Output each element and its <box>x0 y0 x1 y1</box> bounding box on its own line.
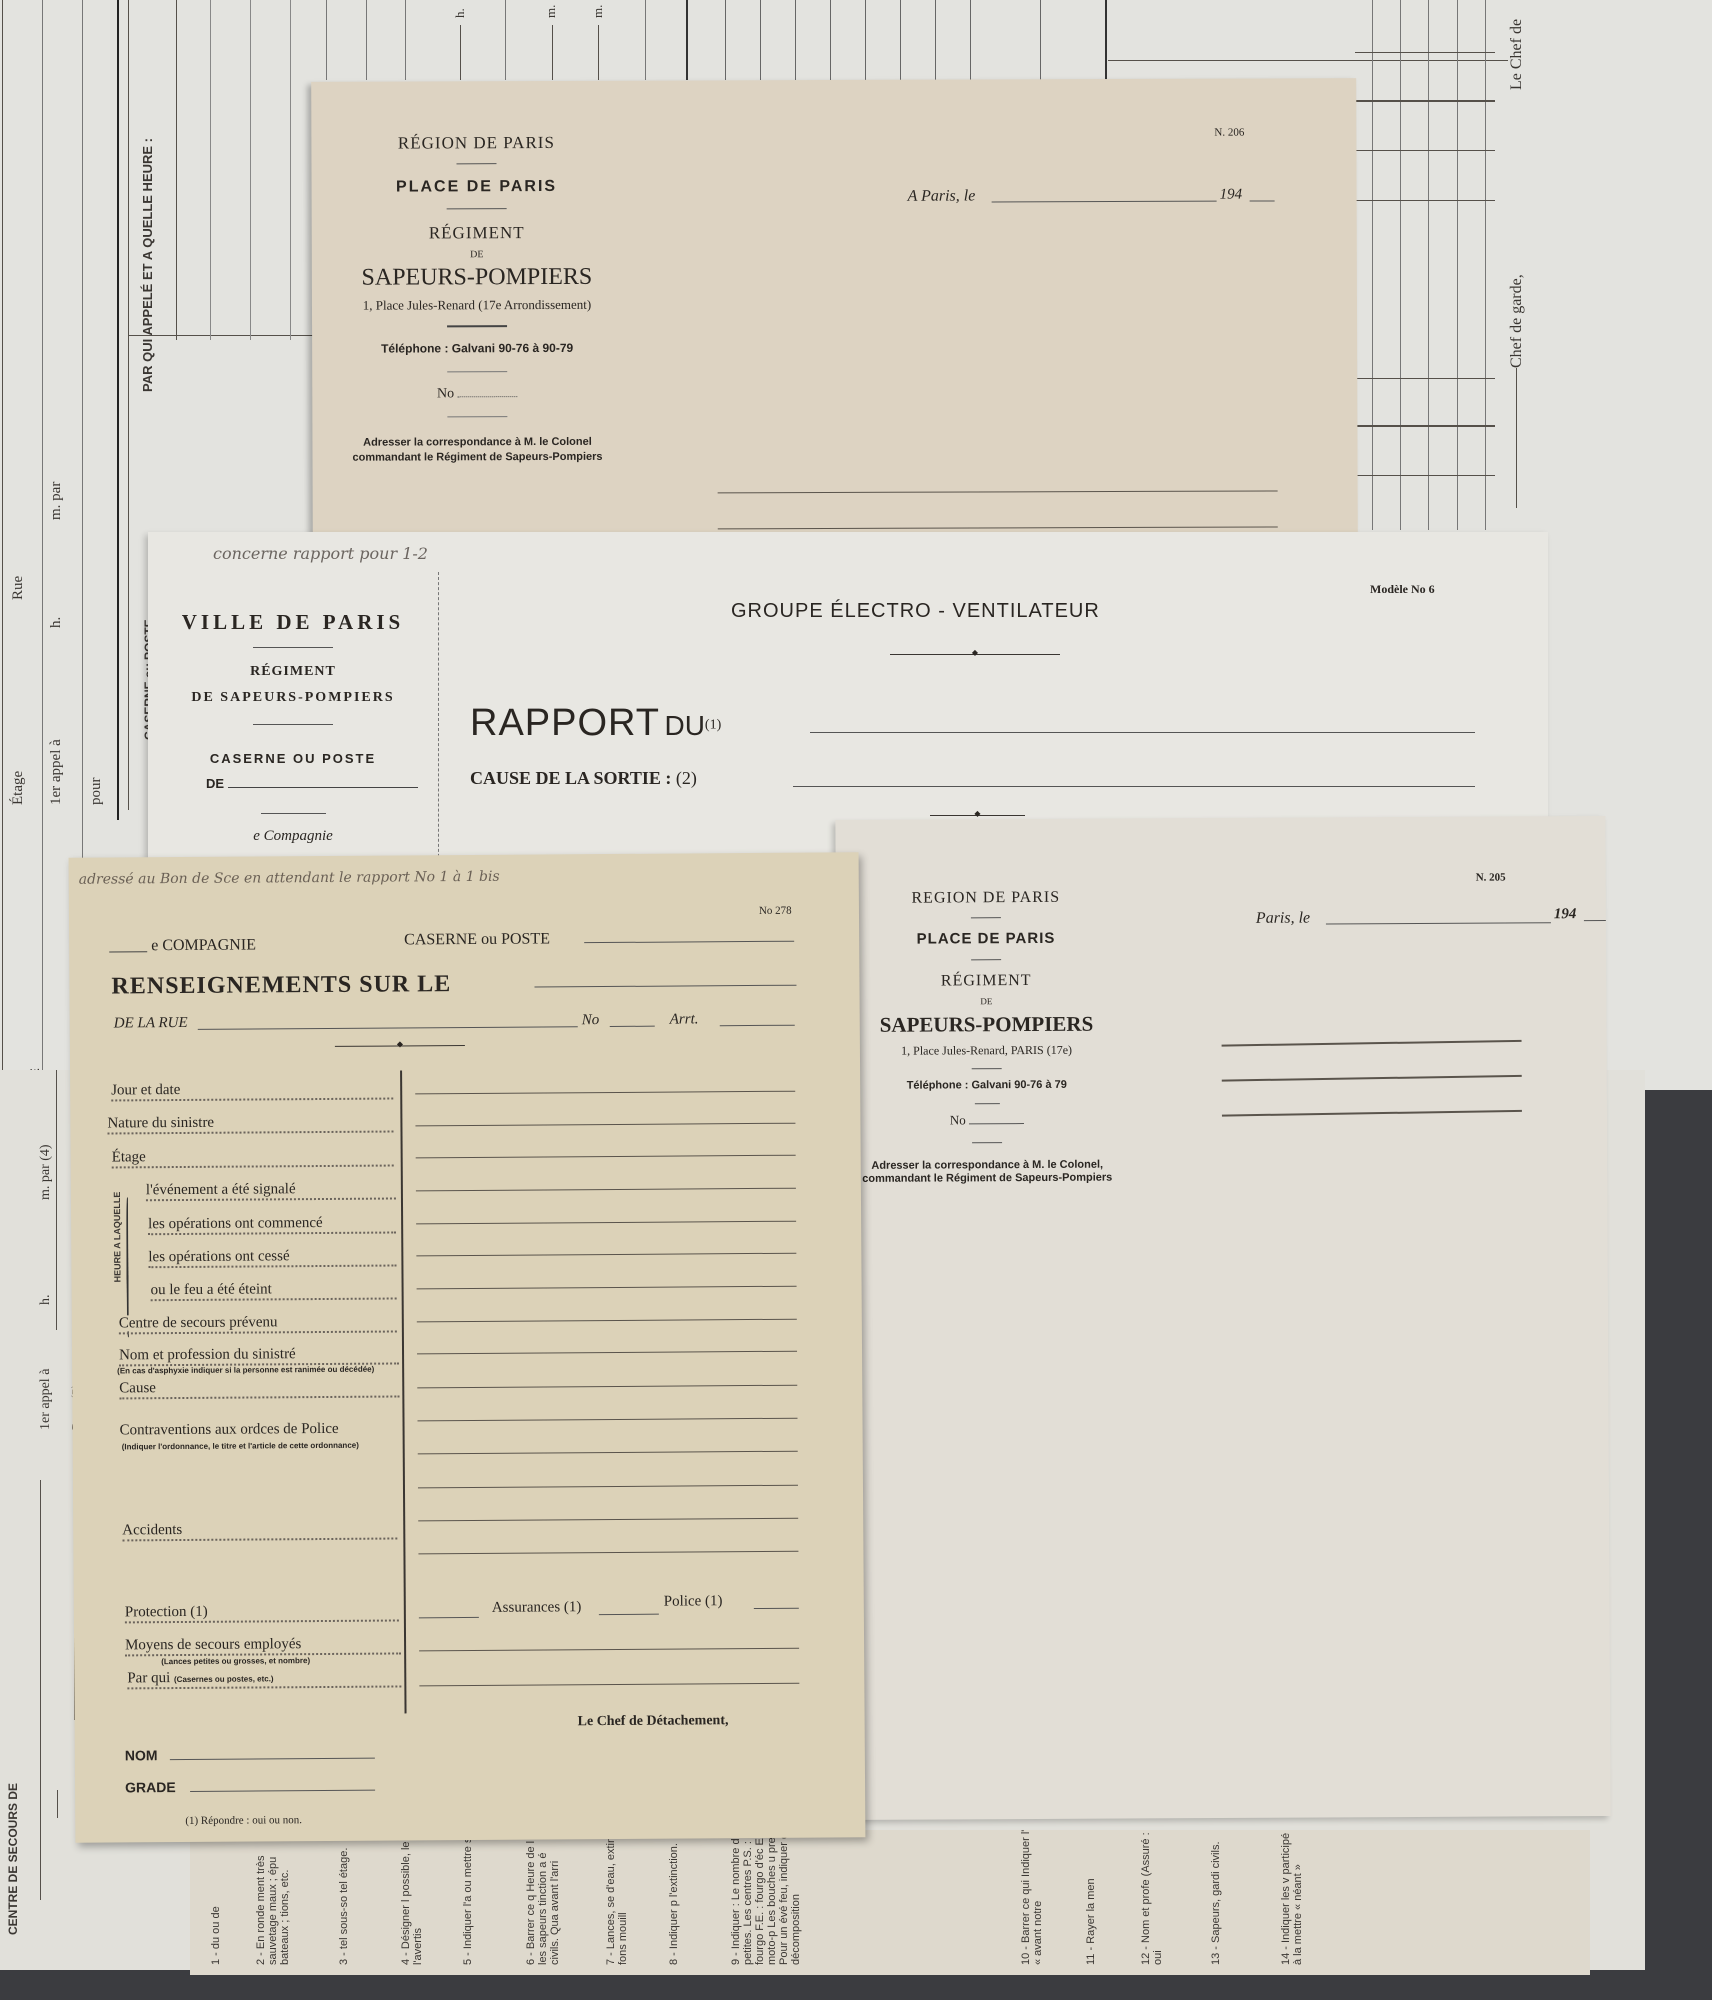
field-cause: Cause <box>119 1380 158 1396</box>
top-mark-h: h. <box>452 8 468 18</box>
footnote-8: 8 - Indiquer p l'extinction. <box>668 1830 680 1965</box>
number-label: No <box>950 1112 966 1127</box>
cause-label: CAUSE DE LA SORTIE : <box>470 768 671 788</box>
compagnie-label: e COMPAGNIE <box>151 936 256 955</box>
caserne-field[interactable] <box>584 941 794 943</box>
telephone: Téléphone : Galvani 90-76 à 79 <box>837 1078 1137 1092</box>
footnote-strip: 1 - du ou de 2 - En ronde ment très sauv… <box>190 1830 1590 1975</box>
footnote-5: 5 - Indiquer l'a ou mettre s <box>462 1830 474 1965</box>
address: 1, Place Jules-Renard, PARIS (17e) <box>837 1042 1137 1059</box>
field-protection: Protection (1) <box>125 1604 210 1621</box>
field-centre-secours: Centre de secours prévenu <box>119 1314 280 1331</box>
de-label: DE <box>206 776 224 791</box>
label-premier-appel-bottom: 1er appel à <box>38 1369 54 1430</box>
address: 1, Place Jules-Renard (17e Arrondissemen… <box>312 297 642 314</box>
place-de-paris: PLACE DE PARIS <box>836 929 1136 948</box>
caserne-ou-poste: CASERNE OU POSTE <box>148 751 438 766</box>
grade-label: GRADE <box>125 1779 176 1795</box>
form-title: RENSEIGNEMENTS SUR LE <box>111 971 451 1000</box>
handwritten-note: adressé au Bon de Sce en attendant le ra… <box>79 869 500 888</box>
field-nom-profession: Nom et profession du sinistré <box>119 1346 298 1363</box>
assurances-label: Assurances (1) <box>492 1599 582 1617</box>
letterhead-205: REGION DE PARIS PLACE DE PARIS RÉGIMENT … <box>835 816 1610 1820</box>
label-heure-bottom: h. <box>38 1295 54 1306</box>
date-year: 194 <box>1220 187 1243 204</box>
label-pour: pour <box>88 778 105 806</box>
footnote-9: 9 - Indiquer : Le nombre décomposition e… <box>730 1830 910 1965</box>
field-operations-commencees: les opérations ont commencé <box>148 1215 325 1232</box>
footnote-10: 10 - Barrer ce qui Indiquer l'! « avant … <box>1020 1830 1044 1965</box>
label-premier-appel: 1er appel à <box>48 739 65 805</box>
cause-field[interactable] <box>793 786 1475 787</box>
date-year: 194 <box>1554 906 1577 923</box>
label-minute-par: m. par <box>48 482 65 520</box>
no-field[interactable] <box>610 1026 655 1027</box>
cause-footnote-ref: (2) <box>676 768 697 788</box>
field-par-qui: Par qui <box>127 1670 170 1686</box>
compagnie-label: e Compagnie <box>148 828 438 845</box>
arrt-field[interactable] <box>720 1025 795 1027</box>
nom-label: NOM <box>125 1747 158 1763</box>
top-mark-m2: m. <box>590 5 606 18</box>
arrt-label: Arrt. <box>670 1011 699 1028</box>
signature-chef-de-garde: Chef de garde, <box>1508 274 1526 368</box>
rue-field[interactable] <box>198 1026 578 1030</box>
date-field[interactable] <box>992 201 1217 203</box>
heure-a-laquelle: HEURE A LAQUELLE <box>112 1192 123 1283</box>
note-casernes: (Casernes ou postes, etc.) <box>174 1674 274 1684</box>
no-label: No <box>582 1012 600 1029</box>
assurances-field[interactable] <box>599 1614 659 1615</box>
police-label: Police (1) <box>664 1593 723 1610</box>
field-operations-cessees: les opérations ont cessé <box>148 1248 291 1265</box>
nom-field[interactable] <box>170 1758 375 1760</box>
sapeurs-pompiers: SAPEURS-POMPIERS <box>836 1011 1136 1038</box>
note-ordonnance: (Indiquer l'ordonnance, le titre et l'ar… <box>122 1441 359 1452</box>
field-accidents: Accidents <box>122 1522 184 1538</box>
footnote-11: 11 - Rayer la men <box>1085 1830 1097 1965</box>
footnote-1: 1 - du ou de <box>210 1906 222 1965</box>
telephone: Téléphone : Galvani 90-76 à 90-79 <box>312 341 642 356</box>
de-label: DE <box>312 249 642 261</box>
sapeurs-pompiers: DE SAPEURS-POMPIERS <box>148 690 438 706</box>
signature-le-chef: Le Chef de <box>1508 19 1526 90</box>
top-mark-m1: m. <box>543 5 559 18</box>
header-par-qui-appele: PAR QUI APPELÉ ET A QUELLE HEURE : <box>140 138 155 392</box>
correspondence-line-2: commandant le Régiment de Sapeurs-Pompie… <box>312 450 642 466</box>
title-field[interactable] <box>534 985 796 988</box>
police-field[interactable] <box>754 1608 799 1609</box>
region-de-paris: RÉGION DE PARIS <box>311 133 641 154</box>
rapport-footnote-ref: (1) <box>705 718 721 733</box>
label-heure: h. <box>48 617 65 628</box>
letterhead-206: RÉGION DE PARIS PLACE DE PARIS RÉGIMENT … <box>311 78 1358 542</box>
footnote-7: 7 - Lances, se d'eau, extin fons mouill <box>605 1830 629 1965</box>
rapport-field[interactable] <box>810 732 1475 733</box>
form-number-205: N. 205 <box>1476 872 1506 884</box>
footnote-2: 2 - En ronde ment très sauvetage maux ; … <box>255 1830 291 1965</box>
note-lances: (Lances petites ou grosses, et nombre) <box>161 1656 310 1666</box>
sapeurs-pompiers: SAPEURS-POMPIERS <box>312 264 642 292</box>
number-field[interactable] <box>969 1123 1024 1124</box>
regiment-label: RÉGIMENT <box>836 971 1136 991</box>
field-moyens-secours: Moyens de secours employés <box>125 1636 303 1653</box>
grade-field[interactable] <box>190 1790 375 1792</box>
caserne-field[interactable] <box>228 787 418 788</box>
number-label: No <box>437 386 454 401</box>
label-rue: Rue <box>10 576 27 600</box>
group-title: GROUPE ÉLECTRO - VENTILATEUR <box>731 600 1100 623</box>
field-contraventions: Contraventions aux ordces de Police <box>120 1421 339 1440</box>
label-minute-par-bottom: m. par (4) <box>38 1144 54 1200</box>
protection-field[interactable] <box>419 1617 479 1618</box>
number-field[interactable] <box>458 396 518 397</box>
region-de-paris: REGION DE PARIS <box>836 888 1136 908</box>
date-prefix: A Paris, le <box>908 188 976 206</box>
footnote-6: 6 - Barrer ce q Heure de l les sapeurs t… <box>525 1830 561 1965</box>
model-number: Modèle No 6 <box>1370 582 1435 597</box>
rapport-title: RAPPORT <box>470 702 660 744</box>
field-etage: Étage <box>112 1149 148 1165</box>
label-etage: Étage <box>10 771 27 805</box>
regiment-label: RÉGIMENT <box>148 664 438 680</box>
field-feu-eteint: ou le feu a été éteint <box>151 1281 274 1298</box>
footnote-repondre: (1) Répondre : oui ou non. <box>185 1814 302 1827</box>
rapport-du: DU <box>664 710 704 741</box>
place-de-paris: PLACE DE PARIS <box>312 178 642 197</box>
footnote-12: 12 - Nom et profe (Assuré : oui <box>1140 1830 1164 1965</box>
field-jour-date: Jour et date <box>111 1082 182 1098</box>
de-label: DE <box>836 995 1136 1007</box>
footnote-3: 3 - tel sous-so tel étage. <box>338 1830 350 1965</box>
footnote-14: 14 - Indiquer les v participé à la mettr… <box>1280 1830 1304 1965</box>
field-evenement-signale: l'événement a été signalé <box>146 1181 298 1198</box>
renseignements-form-278: adressé au Bon de Sce en attendant le ra… <box>69 852 866 1842</box>
signature-chef-detachement: Le Chef de Détachement, <box>578 1713 729 1730</box>
note-asphyxie: (En cas d'asphyxie indiquer si la person… <box>117 1365 374 1376</box>
regiment-label: RÉGIMENT <box>312 223 642 244</box>
rue-label: DE LA RUE <box>114 1015 188 1033</box>
caserne-label: CASERNE ou POSTE <box>404 930 550 949</box>
footnote-13: 13 - Sapeurs, gardi civils. <box>1210 1830 1222 1965</box>
correspondence-line-1: Adresser la correspondance à M. le Colon… <box>312 435 642 451</box>
form-number-206: N. 206 <box>1214 127 1244 139</box>
field-nature-sinistre: Nature du sinistre <box>107 1115 216 1132</box>
footnote-4: 4 - Désigner l possible, le ou l'avertis <box>400 1830 424 1965</box>
centre-de-secours-title: CENTRE DE SECOURS DE <box>6 1783 20 1935</box>
form-number-278: No 278 <box>759 905 792 917</box>
ville-de-paris: VILLE DE PARIS <box>148 610 438 635</box>
date-prefix: Paris, le <box>1256 910 1310 928</box>
correspondence-line-2: commandant le Régiment de Sapeurs-Pompie… <box>837 1171 1137 1186</box>
date-field[interactable] <box>1326 922 1551 924</box>
